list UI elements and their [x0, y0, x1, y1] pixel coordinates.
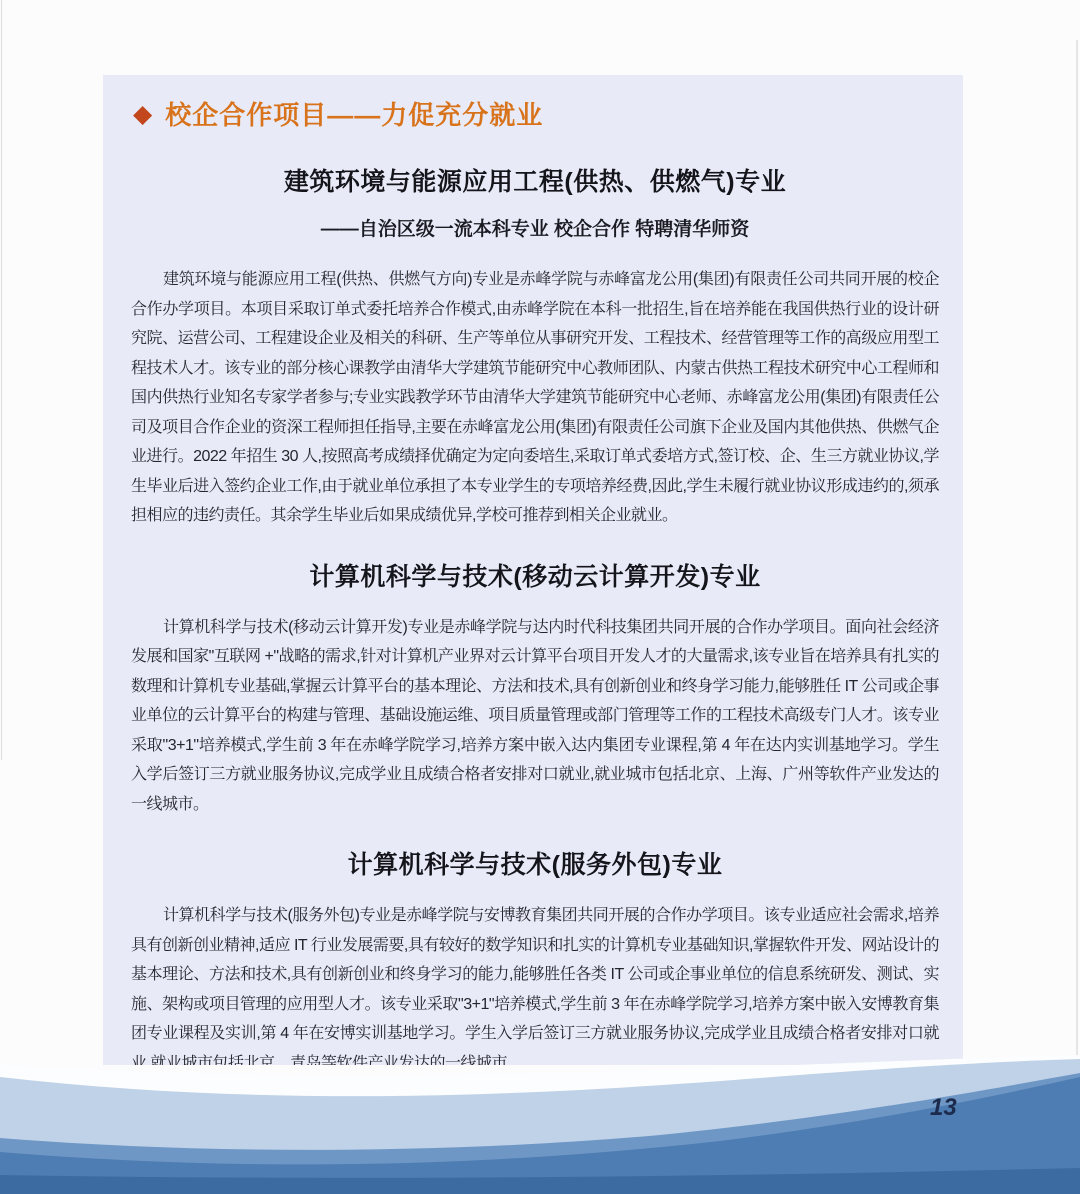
wave-pale — [0, 1059, 1080, 1194]
wave-mid — [0, 1073, 1080, 1194]
program-body-2: 计算机科学与技术(移动云计算开发)专业是赤峰学院与达内时代科技集团共同开展的合作… — [131, 613, 939, 820]
program-body-1: 建筑环境与能源应用工程(供热、供燃气方向)专业是赤峰学院与赤峰富龙公用(集团)有… — [131, 265, 939, 531]
program-title-2: 计算机科学与技术(移动云计算开发)专业 — [131, 557, 939, 593]
program-title-3: 计算机科学与技术(服务外包)专业 — [131, 845, 939, 881]
section-banner: ◆ 校企合作项目——力促充分就业 — [133, 95, 939, 132]
diamond-icon: ◆ — [133, 102, 152, 127]
program-subtitle-1: ——自治区级一流本科专业 校企合作 特聘清华师资 — [131, 214, 939, 241]
program-title-1: 建筑环境与能源应用工程(供热、供燃气)专业 — [131, 162, 939, 198]
scan-edge-right — [1076, 40, 1078, 1194]
wave-white — [0, 1055, 1080, 1194]
wave-dark-strip — [0, 1168, 1080, 1194]
program-body-3: 计算机科学与技术(服务外包)专业是赤峰学院与安博教育集团共同开展的合作办学项目。… — [131, 901, 939, 1065]
page-number: 13 — [930, 1094, 957, 1122]
wave-main — [0, 1077, 1080, 1194]
bottom-wave-decoration — [0, 1055, 1080, 1194]
scan-edge-left — [1, 0, 2, 760]
content-panel: ◆ 校企合作项目——力促充分就业 建筑环境与能源应用工程(供热、供燃气)专业 —… — [103, 75, 963, 1065]
banner-title: 校企合作项目——力促充分就业 — [165, 95, 543, 132]
